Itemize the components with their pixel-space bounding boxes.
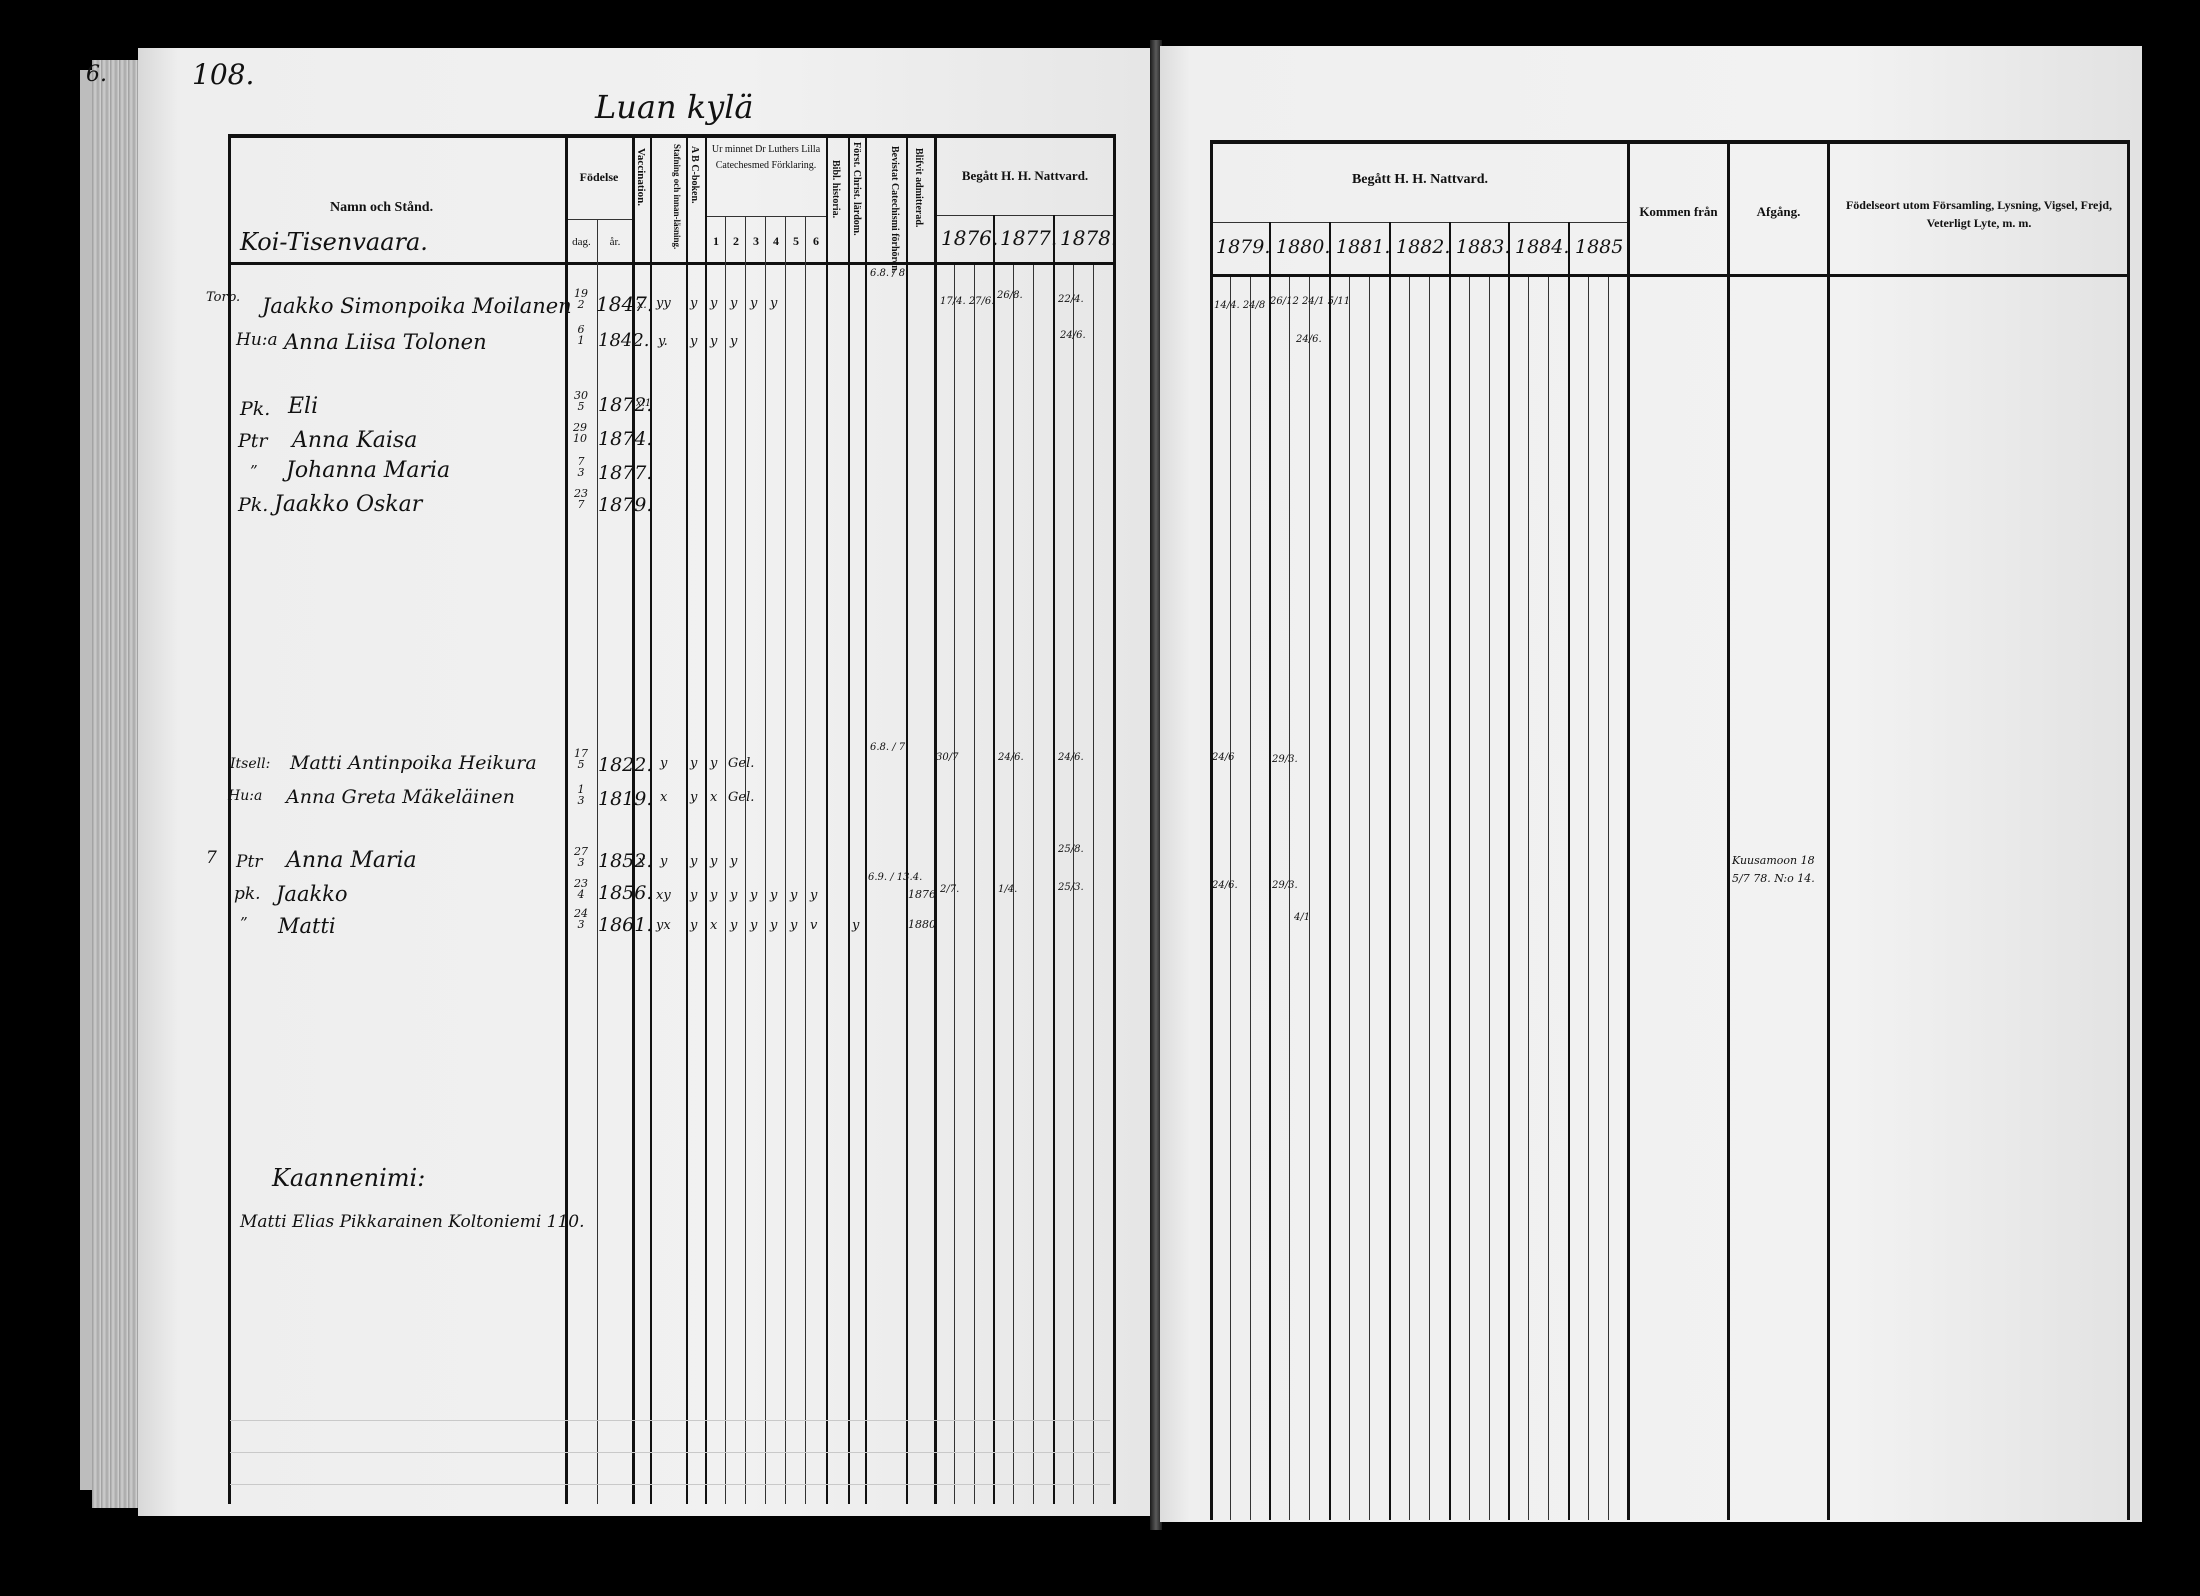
- entry-day: 243: [568, 908, 594, 930]
- year-1876: 1876.: [941, 226, 998, 250]
- entry-communion-1878: 24/6.: [1060, 330, 1086, 341]
- footer-heading: Kaannenimi:: [272, 1164, 425, 1192]
- entry-communion-1877: 26/8.: [997, 290, 1023, 301]
- entry-communion-1878: 22/4.: [1058, 294, 1084, 305]
- entry-status: Pk.: [238, 494, 268, 516]
- entry-mark: Gel.: [728, 756, 754, 771]
- right-col-sub: [1469, 277, 1470, 1520]
- entry-communion-1880: 24/6.: [1296, 334, 1322, 345]
- entry-mark: y: [690, 888, 697, 903]
- header-birth-day: dag.: [566, 236, 597, 248]
- entry-communion-1876: 2/7.: [940, 884, 959, 895]
- header-cat-2: 2: [727, 234, 745, 249]
- entry-status: Pk.: [240, 398, 270, 420]
- entry-communion-1880: 29/3.: [1272, 880, 1298, 891]
- right-col-sub: [1409, 277, 1410, 1520]
- entry-mark: y: [710, 756, 717, 771]
- entry-communion-1880: 4/1: [1294, 912, 1310, 923]
- entry-communion-1878: 24/6.: [1058, 752, 1084, 763]
- right-col-border-came-from: [1727, 140, 1730, 1520]
- house-heading: Koi-Tisenvaara.: [240, 228, 428, 256]
- entry-name: Anna Greta Mäkeläinen: [286, 786, 515, 808]
- entry-hearing: 6.9. / 13.4.: [868, 872, 922, 883]
- entry-communion-1878: 25/8.: [1058, 844, 1084, 855]
- year-1884: 1884.: [1515, 236, 1569, 258]
- col-sub-1878b: [1093, 265, 1094, 1504]
- header-cat-3: 3: [747, 234, 765, 249]
- entry-day: 61: [568, 324, 594, 346]
- entry-year: 1856.: [598, 882, 652, 904]
- header-cat-5: 5: [787, 234, 805, 249]
- entry-name: Eli: [288, 394, 318, 419]
- header-came-from: Kommen från: [1630, 204, 1727, 220]
- entry-name: Jaakko Simonpoika Moilanen: [262, 294, 572, 318]
- col-border-reading: [686, 134, 688, 1504]
- entry-day: 192: [568, 288, 594, 310]
- entry-mark: y: [750, 296, 757, 311]
- ruled-line: [230, 1452, 1110, 1453]
- entry-admitted: 1876: [908, 888, 936, 901]
- entry-mark: y: [730, 334, 737, 349]
- entry-admitted: 1880: [908, 918, 936, 931]
- entry-name: Anna Maria: [286, 848, 417, 873]
- col-border-left: [228, 134, 231, 1504]
- entry-mark: y: [770, 888, 777, 903]
- col-border-blifvit: [934, 134, 937, 1504]
- entry-mark: Gel.: [728, 790, 754, 805]
- header-catechism: Ur minnet Dr Luthers Lilla Catechesmed F…: [707, 142, 825, 174]
- entry-mark: v: [810, 918, 817, 933]
- entry-vacc: x.1: [636, 398, 651, 409]
- right-col-sub: [1250, 277, 1251, 1520]
- right-col-sub: [1528, 277, 1529, 1520]
- header-name: Namn och Stånd.: [330, 200, 433, 216]
- entry-day: 2910: [566, 422, 594, 444]
- entry-status: pk.: [234, 884, 261, 904]
- right-col-sub: [1309, 277, 1310, 1520]
- entry-mark: x: [660, 790, 667, 805]
- header-vaccination: Vaccination.: [635, 148, 647, 206]
- entry-mark: xy: [656, 888, 671, 903]
- entry-vacc: x: [638, 854, 645, 869]
- right-communion-subheader-line: [1212, 222, 1628, 223]
- left-page: [138, 48, 1150, 1516]
- entry-year: 1842.: [598, 330, 650, 351]
- entry-status: Torp.: [206, 290, 240, 305]
- ruled-line: [230, 1420, 1110, 1421]
- entry-vacc: x.: [637, 298, 647, 311]
- right-col-sub: [1489, 277, 1490, 1520]
- entry-mark: y: [730, 854, 737, 869]
- page-number: 108.: [192, 58, 254, 91]
- entry-hearing: 6.8. / 7.: [870, 742, 908, 753]
- col-border-cat4: [785, 216, 786, 1504]
- header-bottom-border: [228, 262, 1116, 265]
- entry-name: Johanna Maria: [286, 458, 450, 483]
- year-1878: 1878.: [1060, 226, 1117, 250]
- entry-mark: y: [690, 790, 697, 805]
- entry-mark: y: [790, 888, 797, 903]
- col-border-1876: [993, 215, 995, 1504]
- departure-note: Kuusamoon 18 5/7 78. N:o 14.: [1732, 852, 1824, 888]
- entry-communion-1876: 17/4. 27/6.: [940, 296, 994, 307]
- header-reading: Stafning och innan-läsning.: [656, 144, 682, 254]
- col-border-cat5: [805, 216, 806, 1504]
- header-catechism-hearings: Bevistat Catechismi förhören.: [872, 146, 900, 258]
- entry-year: 1822.: [598, 754, 652, 776]
- year-1879: 1879.: [1216, 236, 1270, 258]
- col-border-right: [1113, 134, 1116, 1504]
- entry-mark: y: [750, 888, 757, 903]
- right-col-border-1882: [1449, 222, 1451, 1520]
- entry-mark: y.: [658, 334, 668, 349]
- entry-status: Ptr: [236, 852, 262, 872]
- header-cat-4: 4: [767, 234, 785, 249]
- header-birth: Födelse: [568, 170, 630, 185]
- entry-mark: yy: [656, 296, 671, 311]
- right-col-border-1880: [1329, 222, 1331, 1520]
- header-birth-year: år.: [598, 236, 632, 248]
- entry-mark: y: [690, 918, 697, 933]
- entry-mark: y: [730, 918, 737, 933]
- col-border-cat2: [745, 216, 746, 1504]
- year-1880: 1880.: [1276, 236, 1330, 258]
- header-abc: A B C-boken.: [689, 146, 700, 204]
- entry-status: Ptr: [238, 430, 268, 452]
- entry-mark: y: [710, 888, 717, 903]
- entry-communion-1877: 24/6.: [998, 752, 1024, 763]
- entry-mark: y: [750, 918, 757, 933]
- header-christian-doctrine: Först. Christ. lärdom.: [851, 142, 862, 236]
- entry-mark: y: [852, 918, 859, 933]
- entry-communion-1876: 30/7: [936, 752, 958, 763]
- header-cat-6: 6: [807, 234, 825, 249]
- right-col-border-1881: [1389, 222, 1391, 1520]
- communion-subheader-line: [935, 215, 1115, 216]
- col-border-cat3: [765, 216, 766, 1504]
- header-admitted: Blifvit admitterad.: [913, 148, 924, 227]
- entry-name: Jaakko Oskar: [274, 492, 422, 517]
- entry-mark: yx: [656, 918, 671, 933]
- entry-communion-1880: 26/12 24/1 5/11: [1270, 296, 1350, 307]
- entry-day: 237: [568, 488, 594, 510]
- year-1881: 1881.: [1336, 236, 1390, 258]
- entry-year: 1819.: [598, 788, 652, 810]
- col-sub-1876b: [974, 265, 975, 1504]
- entry-hearing: 6.8. / 8.: [870, 268, 908, 279]
- entry-mark: y: [810, 888, 817, 903]
- entry-status: Hu:a: [236, 330, 278, 350]
- col-border-bibl: [848, 134, 850, 1504]
- entry-mark: y: [770, 918, 777, 933]
- header-bible-history: Bibl. historia.: [830, 160, 841, 218]
- right-col-border-departure: [1827, 140, 1830, 1520]
- entry-status: Itsell:: [230, 756, 270, 772]
- right-col-sub: [1369, 277, 1370, 1520]
- entry-communion-1878: 25/3.: [1058, 882, 1084, 893]
- right-col-border-1885: [1627, 140, 1630, 1520]
- right-col-sub: [1429, 277, 1430, 1520]
- right-table-top-border: [1212, 140, 2130, 144]
- right-col-sub: [1230, 277, 1231, 1520]
- entry-name: Matti: [278, 914, 336, 938]
- entry-mark: y: [660, 756, 667, 771]
- col-border-bevistat: [906, 134, 908, 1504]
- header-communion-left: Begått H. H. Nattvard.: [937, 168, 1113, 184]
- entry-mark: y: [710, 334, 717, 349]
- col-border-forst: [865, 134, 867, 1504]
- entry-day: 234: [568, 878, 594, 900]
- entry-communion-1879: 14/4. 24/8: [1214, 300, 1265, 311]
- col-border-cat1: [725, 216, 726, 1504]
- entry-year: 1877.: [598, 462, 652, 484]
- right-col-border-right: [2127, 140, 2130, 1520]
- year-1883: 1883.: [1456, 236, 1510, 258]
- year-1882: 1882.: [1396, 236, 1450, 258]
- col-border-1877: [1053, 215, 1055, 1504]
- entry-status: ”: [240, 914, 248, 932]
- entry-day: 73: [568, 456, 594, 478]
- entry-mark: y: [710, 296, 717, 311]
- entry-mark: y: [690, 854, 697, 869]
- ruled-line: [230, 1484, 1110, 1485]
- entry-name: Anna Liisa Tolonen: [284, 330, 487, 354]
- footer-entry: Matti Elias Pikkarainen Koltoniemi 110.: [240, 1212, 585, 1232]
- year-1877: 1877.: [1000, 226, 1057, 250]
- entry-mark: y: [730, 888, 737, 903]
- entry-status: ”: [250, 462, 258, 480]
- right-col-sub: [1608, 277, 1609, 1520]
- entry-communion-1879: 24/6: [1212, 752, 1234, 763]
- entry-name: Anna Kaisa: [292, 428, 417, 453]
- right-col-sub: [1349, 277, 1350, 1520]
- entry-mark: x: [710, 790, 717, 805]
- book-page-stack: [92, 60, 142, 1508]
- entry-communion-1879: 24/6.: [1212, 880, 1238, 891]
- entry-mark: y: [770, 296, 777, 311]
- entry-year: 1874.: [598, 428, 652, 450]
- right-col-border-left: [1210, 140, 1213, 1520]
- header-departure: Afgång.: [1730, 204, 1827, 220]
- entry-status: Hu:a: [228, 788, 262, 804]
- right-col-sub: [1588, 277, 1589, 1520]
- entry-communion-1877: 1/4.: [998, 884, 1017, 895]
- entry-name: Jaakko: [276, 882, 348, 906]
- header-remarks: Födelseort utom Församling, Lysning, Vig…: [1836, 196, 2122, 232]
- entry-communion-1880: 29/3.: [1272, 754, 1298, 765]
- entry-mark: y: [710, 854, 717, 869]
- right-col-border-1884: [1568, 222, 1570, 1520]
- entry-day: 305: [568, 390, 594, 412]
- entry-mark: x: [710, 918, 717, 933]
- right-col-sub: [1289, 277, 1290, 1520]
- birth-subheader-line: [565, 219, 632, 220]
- entry-day: 273: [568, 846, 594, 868]
- entry-mark: y: [660, 854, 667, 869]
- bracket-mark: 7: [206, 848, 217, 868]
- entry-mark: y: [790, 918, 797, 933]
- col-border-vacc: [650, 134, 652, 1504]
- right-col-border-1879: [1269, 222, 1271, 1520]
- entry-mark: y: [730, 296, 737, 311]
- right-page: [1160, 46, 2142, 1522]
- entry-day: 13: [568, 784, 594, 806]
- entry-day: 175: [568, 748, 594, 770]
- col-border-cat: [826, 134, 828, 1504]
- entry-mark: y: [690, 756, 697, 771]
- right-col-border-1883: [1508, 222, 1510, 1520]
- entry-mark: y: [690, 334, 697, 349]
- entry-year: 1861.: [598, 914, 652, 936]
- col-border-abc: [705, 134, 707, 1504]
- entry-mark: y: [690, 296, 697, 311]
- entry-year: 1879.: [598, 494, 652, 516]
- margin-mark: 6.: [86, 62, 107, 87]
- right-col-sub: [1548, 277, 1549, 1520]
- header-communion-right: Begått H. H. Nattvard.: [1213, 172, 1627, 188]
- village-title: Luan kylä: [595, 88, 754, 126]
- entry-name: Matti Antinpoika Heikura: [290, 752, 537, 774]
- table-top-border: [228, 134, 1116, 138]
- header-cat-1: 1: [707, 234, 725, 249]
- year-1885: 1885: [1575, 236, 1623, 258]
- col-sub-1877b: [1033, 265, 1034, 1504]
